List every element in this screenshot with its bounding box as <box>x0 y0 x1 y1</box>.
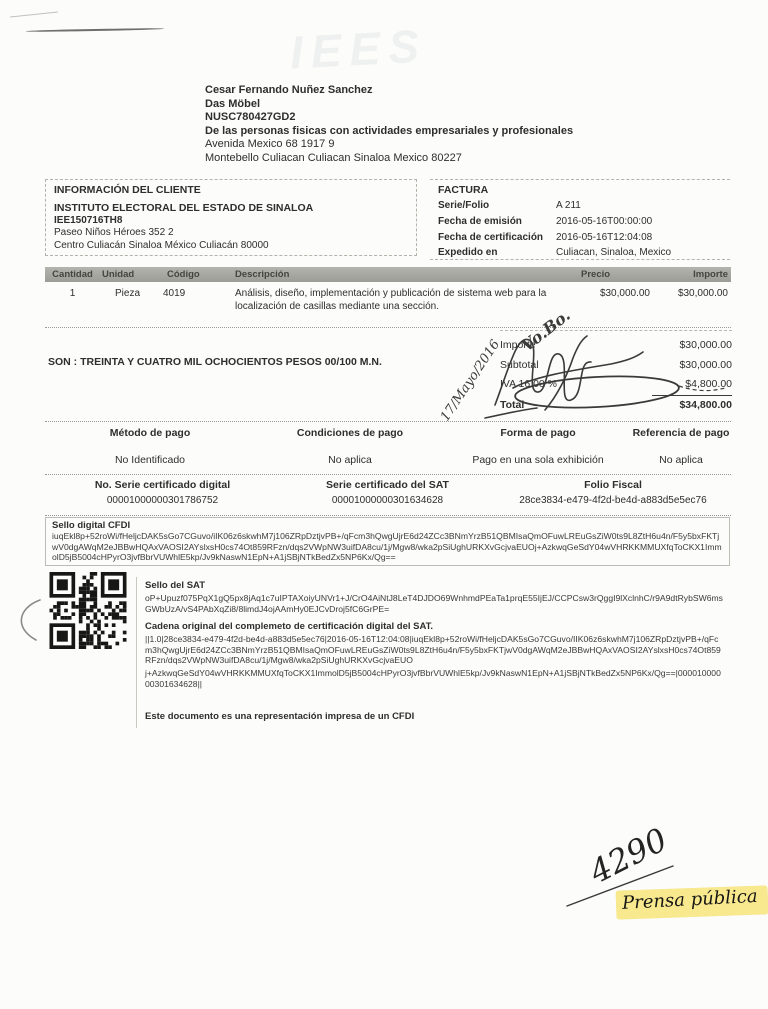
header-unidad: Unidad <box>100 269 155 280</box>
cfdi-footer-note: Este documento es una representación imp… <box>145 711 723 728</box>
scanned-invoice-page: { "page": { "watermark": "IEES" }, "emit… <box>0 0 768 1009</box>
scan-artifact-line <box>10 11 58 17</box>
cadena-text-part1: ||1.0|28ce3834-e479-4f2d-be4d-a883d5e5ec… <box>145 634 723 666</box>
invoice-title: FACTURA <box>438 184 722 196</box>
cadena-label: Cadena original del complemeto de certif… <box>145 621 723 632</box>
payment-value: Pago en una sola exhibición <box>445 454 631 466</box>
payment-method-col: Método de pago No Identificado <box>45 427 255 466</box>
invoice-value: Culiacan, Sinaloa, Mexico <box>556 245 722 261</box>
sello-cfdi-text: iuqEkl8p+52roWi/fHeljcDAK5sGo7CGuvo/iIK0… <box>52 531 723 563</box>
certificates-section: No. Serie certificado digital 0000100000… <box>45 475 731 516</box>
sello-sat-text: oP+Upuzf075PqX1gQ5px8jAq1c7uIPTAXoiyUNVr… <box>145 593 723 614</box>
total-row-iva: IVA 16.00 % $4,800.00 <box>500 375 732 396</box>
item-descripcion: Análisis, diseño, implementación y publi… <box>235 288 575 313</box>
cert-digital-col: No. Serie certificado digital 0000100000… <box>45 479 280 506</box>
client-rfc: IEE150716TH8 <box>54 215 408 228</box>
items-table-header: Cantidad Unidad Código Descripción Preci… <box>45 267 731 282</box>
invoice-certificacion-row: Fecha de certificación 2016-05-16T12:04:… <box>438 230 722 246</box>
payment-value: No aplica <box>631 454 731 466</box>
payment-reference-col: Referencia de pago No aplica <box>631 427 731 466</box>
header-codigo: Código <box>155 269 235 280</box>
cadena-text-part2: j+AzkwqGeSdY04wVHRKKMMUXfqToCKX1ImmolD5j… <box>145 668 723 689</box>
payment-value: No Identificado <box>45 454 255 466</box>
cert-value: 00001000000301634628 <box>280 495 495 506</box>
invoice-serie-folio-row: Serie/Folio A 211 <box>438 198 722 214</box>
client-info-box: INFORMACIÓN DEL CLIENTE INSTITUTO ELECTO… <box>45 179 417 256</box>
client-name: INSTITUTO ELECTORAL DEL ESTADO DE SINALO… <box>54 202 408 215</box>
emitter-block: Cesar Fernando Nuñez Sanchez Das Möbel N… <box>205 84 573 166</box>
item-row: 1 Pieza 4019 Análisis, diseño, implement… <box>45 282 731 313</box>
invoice-value: 2016-05-16T00:00:00 <box>556 214 722 230</box>
total-row-subtotal: Subtotal $30,000.00 <box>500 356 732 376</box>
items-table: Cantidad Unidad Código Descripción Preci… <box>45 267 731 328</box>
qr-code-svg <box>47 572 129 649</box>
total-value: $34,800.00 <box>652 396 732 416</box>
payment-label: Método de pago <box>45 427 255 453</box>
emitter-address-line2: Montebello Culiacan Culiacan Sinaloa Mex… <box>205 152 573 166</box>
payment-label: Condiciones de pago <box>255 427 445 453</box>
header-precio: Precio <box>575 269 650 280</box>
client-info-title: INFORMACIÓN DEL CLIENTE <box>54 184 408 197</box>
invoice-label: Serie/Folio <box>438 198 556 214</box>
payment-value: No aplica <box>255 454 445 466</box>
invoice-meta-box: FACTURA Serie/Folio A 211 Fecha de emisi… <box>430 179 730 260</box>
total-label: Importe <box>500 336 536 356</box>
header-descripcion: Descripción <box>235 269 575 280</box>
totals-block: Importe $30,000.00 Subtotal $30,000.00 I… <box>500 330 732 415</box>
cert-label: No. Serie certificado digital <box>45 479 280 491</box>
invoice-label: Fecha de emisión <box>438 214 556 230</box>
total-label: IVA 16.00 % <box>500 375 557 396</box>
invoice-label: Fecha de certificación <box>438 230 556 246</box>
sello-cfdi-box: Sello digital CFDI iuqEkl8p+52roWi/fHelj… <box>45 517 730 566</box>
cert-value: 00001000000301786752 <box>45 495 280 506</box>
scan-artifact-line <box>26 28 164 32</box>
emitter-rfc: NUSC780427GD2 <box>205 111 573 125</box>
handwritten-number: 4290 <box>582 822 673 892</box>
sat-box: Sello del SAT oP+Upuzf075PqX1gQ5px8jAq1c… <box>136 577 731 728</box>
emitter-address-line1: Avenida Mexico 68 1917 9 <box>205 138 573 152</box>
payment-section: Método de pago No Identificado Condicion… <box>45 421 731 475</box>
emitter-regimen: De las personas fisicas con actividades … <box>205 125 573 139</box>
item-unidad: Pieza <box>100 288 155 313</box>
payment-label: Forma de pago <box>445 427 631 453</box>
item-codigo: 4019 <box>155 288 235 313</box>
folio-fiscal-col: Folio Fiscal 28ce3834-e479-4f2d-be4d-a88… <box>495 479 731 506</box>
cert-label: Folio Fiscal <box>495 479 731 491</box>
item-precio: $30,000.00 <box>575 288 650 313</box>
total-value: $30,000.00 <box>652 356 732 376</box>
invoice-emision-row: Fecha de emisión 2016-05-16T00:00:00 <box>438 214 722 230</box>
payment-form-col: Forma de pago Pago en una sola exhibició… <box>445 427 631 466</box>
cert-value: 28ce3834-e479-4f2d-be4d-a883d5e5ec76 <box>495 495 731 506</box>
total-row-total: Total $34,800.00 <box>500 396 732 416</box>
invoice-value: A 211 <box>556 198 722 214</box>
header-importe: Importe <box>650 269 731 280</box>
amount-in-words: SON : TREINTA Y CUATRO MIL OCHOCIENTOS P… <box>48 356 382 368</box>
payment-label: Referencia de pago <box>631 427 731 453</box>
sello-cfdi-label: Sello digital CFDI <box>52 520 723 531</box>
emitter-name: Cesar Fernando Nuñez Sanchez <box>205 84 573 98</box>
payment-conditions-col: Condiciones de pago No aplica <box>255 427 445 466</box>
client-address-line2: Centro Culiacán Sinaloa México Culiacán … <box>54 240 408 253</box>
emitter-brand: Das Möbel <box>205 98 573 112</box>
total-label: Total <box>500 396 524 416</box>
iees-watermark: IEES <box>289 18 428 79</box>
cert-sat-col: Serie certificado del SAT 00001000000301… <box>280 479 495 506</box>
item-cantidad: 1 <box>45 288 100 313</box>
total-value: $30,000.00 <box>652 336 732 356</box>
invoice-expedido-row: Expedido en Culiacan, Sinaloa, Mexico <box>438 245 722 261</box>
total-row-importe: Importe $30,000.00 <box>500 336 732 356</box>
item-importe: $30,000.00 <box>650 288 731 313</box>
pen-mark <box>10 598 50 643</box>
invoice-label: Expedido en <box>438 245 556 261</box>
handwritten-number-overlay: 4290 <box>545 822 768 942</box>
invoice-value: 2016-05-16T12:04:08 <box>556 230 722 246</box>
total-value: $4,800.00 <box>652 375 732 396</box>
sello-sat-label: Sello del SAT <box>145 580 723 591</box>
qr-code <box>47 572 129 649</box>
client-address-line1: Paseo Niños Héroes 352 2 <box>54 227 408 240</box>
date-note: 17/Mayo/2016 <box>438 337 503 424</box>
header-cantidad: Cantidad <box>45 269 100 280</box>
total-label: Subtotal <box>500 356 539 376</box>
cert-label: Serie certificado del SAT <box>280 479 495 491</box>
